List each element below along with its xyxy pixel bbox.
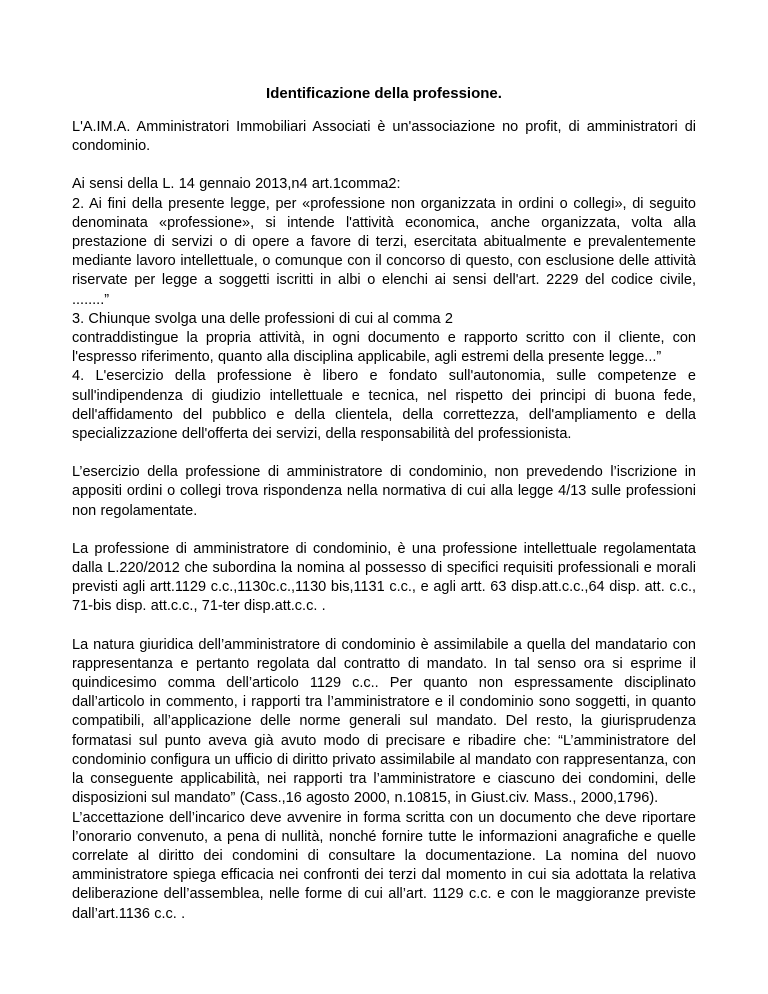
paragraph-text: La natura giuridica dell’amministratore …	[72, 636, 696, 809]
paragraph-text: Ai sensi della L. 14 gennaio 2013,n4 art…	[72, 175, 696, 194]
paragraph-block: L’esercizio della professione di amminis…	[72, 463, 696, 521]
paragraph-block: Ai sensi della L. 14 gennaio 2013,n4 art…	[72, 175, 696, 444]
paragraph-text: L’esercizio della professione di amminis…	[72, 463, 696, 521]
paragraph-text: La professione di amministratore di cond…	[72, 540, 696, 617]
paragraph-text: contraddistingue la propria attività, in…	[72, 329, 696, 367]
paragraph-text: 3. Chiunque svolga una delle professioni…	[72, 310, 696, 329]
paragraph-block: La professione di amministratore di cond…	[72, 540, 696, 617]
paragraph-block: La natura giuridica dell’amministratore …	[72, 636, 696, 924]
paragraph-block: L'A.IM.A. Amministratori Immobiliari Ass…	[72, 118, 696, 156]
paragraph-text: 4. L'esercizio della professione è liber…	[72, 367, 696, 444]
paragraph-text: 2. Ai fini della presente legge, per «pr…	[72, 195, 696, 310]
paragraph-text: L'A.IM.A. Amministratori Immobiliari Ass…	[72, 118, 696, 156]
document-title: Identificazione della professione.	[72, 84, 696, 103]
document-page: Identificazione della professione. L'A.I…	[0, 0, 768, 994]
paragraph-text: L’accettazione dell’incarico deve avveni…	[72, 809, 696, 924]
document-body: L'A.IM.A. Amministratori Immobiliari Ass…	[72, 118, 696, 924]
